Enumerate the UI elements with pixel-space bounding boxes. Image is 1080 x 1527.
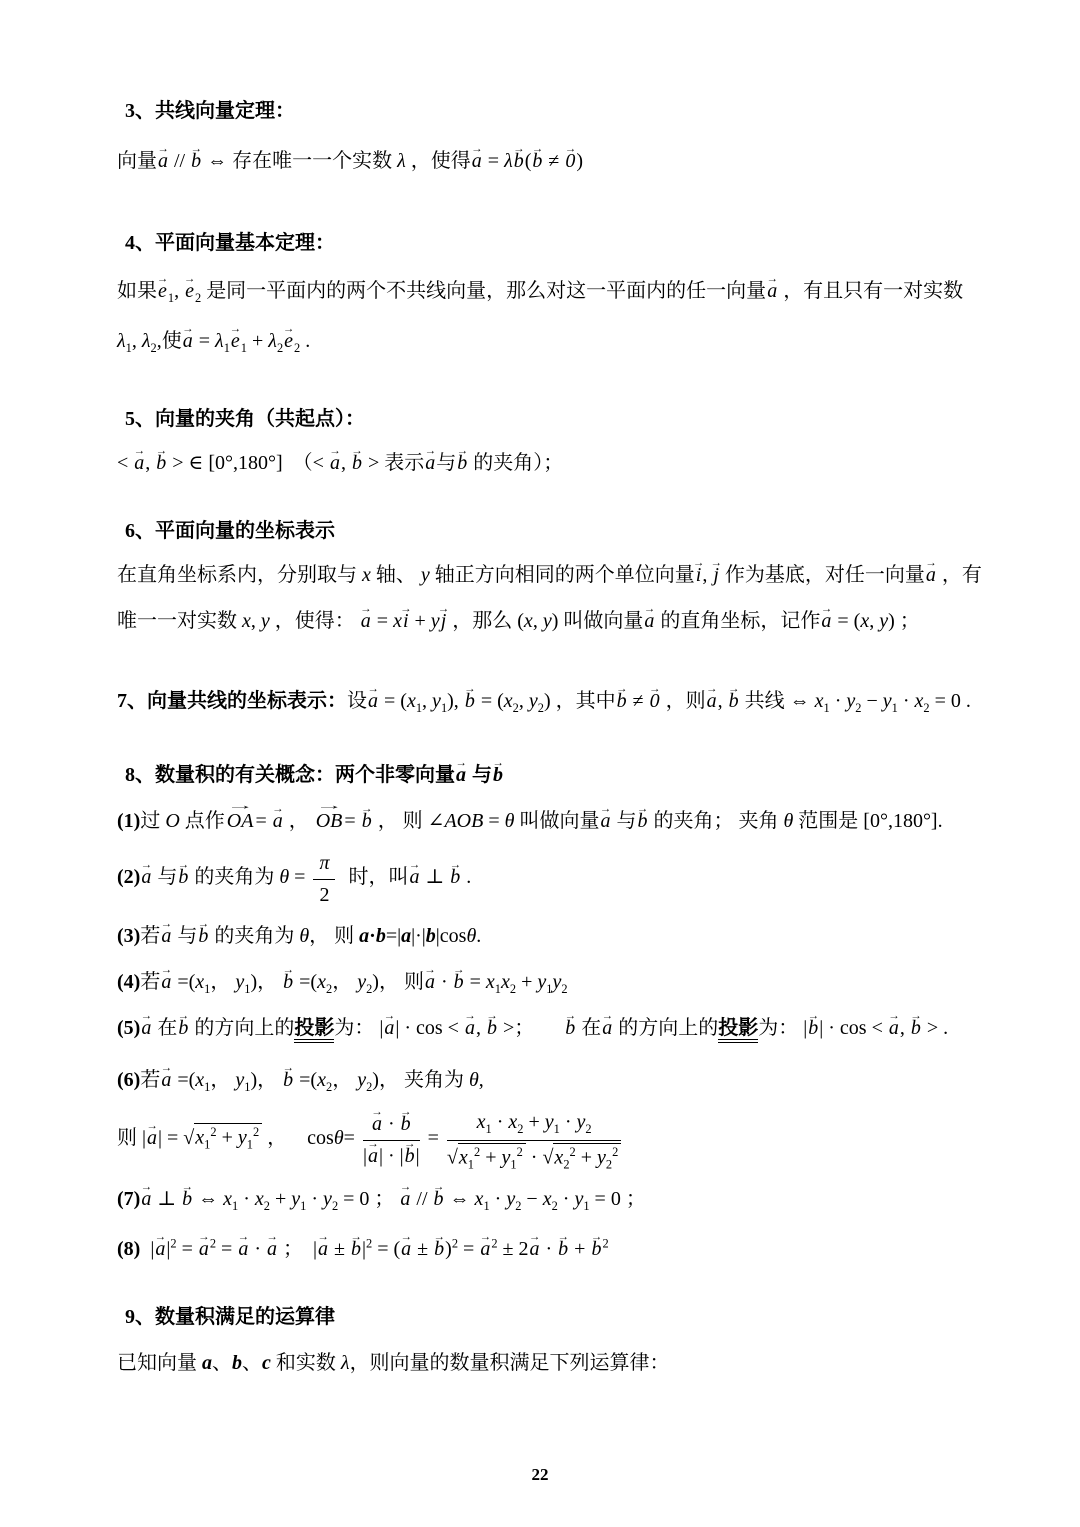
sub-fragment: 1 xyxy=(204,982,210,996)
b-fragment: b xyxy=(426,925,436,947)
sub-fragment: 2 xyxy=(294,341,300,355)
i-fragment: y xyxy=(879,610,888,632)
sub-fragment: 2 xyxy=(517,1122,523,1136)
sup-fragment: 2 xyxy=(452,1236,458,1250)
v-fragment: b xyxy=(191,151,201,171)
sup-fragment: 2 xyxy=(474,1145,480,1159)
b-fragment: (6) xyxy=(117,1069,140,1091)
i-fragment: x xyxy=(317,1069,326,1091)
paragraph: (8) |a|2 = a2 = a · a ； |a ± b|2 = (a ± … xyxy=(117,1226,985,1272)
sub-fragment: 1 xyxy=(244,982,250,996)
i-fragment: x xyxy=(815,690,824,712)
paragraph: (6)若a =(x1， y1)， b =(x2， y2)， 夹角为 θ, xyxy=(117,1057,985,1103)
v-fragment: b xyxy=(178,1018,188,1038)
i-fragment: y xyxy=(357,971,366,993)
v-fragment: a xyxy=(425,453,435,473)
i-fragment: y xyxy=(421,564,430,586)
paragraph: 向量a // b ⇔ 存在唯一一个实数 λ ，使得a = λb(b ≠ 0) xyxy=(117,138,985,184)
sub-fragment: 2 xyxy=(332,1199,338,1213)
sub-fragment: 1 xyxy=(483,1199,489,1213)
v-fragment: b xyxy=(283,972,293,992)
i-fragment: x xyxy=(501,971,510,993)
v-fragment: e xyxy=(185,281,194,301)
sub-fragment: 2 xyxy=(855,701,861,715)
paragraph: 7、向量共线的坐标表示：设a = (x1, y1), b = (x2, y2) … xyxy=(117,678,985,724)
v-fragment: a xyxy=(361,611,371,631)
v-fragment: a xyxy=(767,281,777,301)
document-body: 3、共线向量定理：向量a // b ⇔ 存在唯一一个实数 λ ，使得a = λb… xyxy=(0,0,1080,1386)
i-fragment: θ xyxy=(505,810,515,832)
paragraph: (7)a ⊥ b ⇔ x1 · x2 + y1 · y2 = 0 ； a // … xyxy=(117,1176,985,1222)
v-fragment: a xyxy=(644,611,654,631)
v-fragment: a xyxy=(238,1239,248,1259)
i-fragment: x xyxy=(242,610,251,632)
v-fragment: a xyxy=(600,811,610,831)
vw-fragment: OA xyxy=(227,811,254,831)
v-fragment: a xyxy=(267,1239,277,1259)
v-fragment: b xyxy=(405,1146,415,1166)
section-heading: 5、向量的夹角（共起点）： xyxy=(117,404,985,434)
v-fragment: a xyxy=(273,811,283,831)
ov-fragment: x22 + y22 xyxy=(553,1143,621,1172)
i-fragment: θ xyxy=(466,925,476,947)
fd-fragment: √x12 + y12 · √x22 + y22 xyxy=(447,1141,621,1172)
v-fragment: b xyxy=(454,972,464,992)
i-fragment: y xyxy=(846,690,855,712)
i-fragment: a xyxy=(401,925,411,947)
sub-fragment: 2 xyxy=(606,1157,612,1171)
v-fragment: b xyxy=(911,1018,921,1038)
v-fragment: b xyxy=(729,691,739,711)
v-fragment: a xyxy=(141,867,151,887)
v-fragment: a xyxy=(472,151,482,171)
sub-fragment: 2 xyxy=(513,701,519,715)
i-fragment: λ xyxy=(504,150,513,172)
v-fragment: a xyxy=(368,1146,378,1166)
i-fragment: x xyxy=(407,690,416,712)
i-fragment: x xyxy=(317,971,326,993)
v-fragment: b xyxy=(283,1070,293,1090)
i-fragment: θ xyxy=(469,1069,479,1091)
i-fragment: y xyxy=(529,690,538,712)
i-fragment: O xyxy=(165,810,179,832)
sub-fragment: 1 xyxy=(441,701,447,715)
sub-fragment: 1 xyxy=(468,1157,474,1171)
sub-fragment: 2 xyxy=(264,1199,270,1213)
i-fragment: θ xyxy=(334,1127,344,1149)
i-fragment: x xyxy=(195,971,204,993)
i-fragment: x xyxy=(195,1127,204,1149)
sub-fragment: 2 xyxy=(563,1157,569,1171)
v-fragment: b xyxy=(434,1239,444,1259)
b-fragment: b xyxy=(232,1352,242,1374)
b-fragment: 7、向量共线的坐标表示： xyxy=(117,690,347,712)
v-fragment: a xyxy=(161,972,171,992)
i-fragment: AOB xyxy=(444,810,483,832)
fr-fragment: x1 · x2 + y1 · y2√x12 + y12 · √x22 + y22 xyxy=(447,1107,621,1172)
sub-fragment: 2 xyxy=(923,701,929,715)
paragraph: < a, b > ∈ [0°,180°] （< a, b > 表示a与b 的夹角… xyxy=(117,440,985,486)
i-fragment: θ xyxy=(783,810,793,832)
v-fragment: b xyxy=(465,691,475,711)
v-fragment: e xyxy=(284,331,293,351)
sup-fragment: 2 xyxy=(366,1236,372,1250)
i-fragment: λ xyxy=(397,150,406,172)
v-fragment: b xyxy=(450,867,460,887)
b-fragment: (8) xyxy=(117,1238,140,1260)
v-fragment: b xyxy=(198,926,208,946)
v-fragment: a xyxy=(889,1018,899,1038)
sub-fragment: 2 xyxy=(326,982,332,996)
sub-fragment: 2 xyxy=(552,1199,558,1213)
uu-fragment: 投影 xyxy=(718,1017,758,1043)
v-fragment: e xyxy=(158,281,167,301)
i-fragment: λ xyxy=(268,330,277,352)
i-fragment: y xyxy=(291,1188,300,1210)
b-fragment: (1) xyxy=(117,810,140,832)
fr-fragment: π2 xyxy=(313,848,335,909)
b-fragment: a·b xyxy=(359,925,386,947)
v-fragment: j xyxy=(713,565,719,585)
v-fragment: a xyxy=(183,331,193,351)
section-heading: 6、平面向量的坐标表示 xyxy=(117,516,985,546)
i-fragment: y xyxy=(545,1111,554,1133)
sub-fragment: 1 xyxy=(510,1157,516,1171)
v-fragment: a xyxy=(480,1239,490,1259)
sup-fragment: 2 xyxy=(210,1125,216,1139)
v-fragment: a xyxy=(199,1239,209,1259)
sub-fragment: 2 xyxy=(195,291,201,305)
sub-fragment: 1 xyxy=(486,1122,492,1136)
i-fragment: y xyxy=(883,690,892,712)
v-fragment: a xyxy=(707,691,717,711)
v-fragment: a xyxy=(456,765,466,785)
paragraph: 则 |a| = √x12 + y12 ， cosθ= a · b|a| · |b… xyxy=(117,1107,985,1172)
v-fragment: a xyxy=(465,1018,475,1038)
sub-fragment: 1 xyxy=(416,701,422,715)
i-fragment: θ xyxy=(299,925,309,947)
v-fragment: b xyxy=(362,811,372,831)
i-fragment: c xyxy=(262,1352,271,1374)
i-fragment: x xyxy=(860,610,869,632)
v-fragment: b xyxy=(352,453,362,473)
sub-fragment: 1 xyxy=(554,1122,560,1136)
i-fragment: b xyxy=(232,1352,242,1374)
sub-fragment: 1 xyxy=(126,341,132,355)
v-fragment: 0 xyxy=(565,151,575,171)
section-heading: 9、数量积满足的运算律 xyxy=(117,1302,985,1332)
v-fragment: a xyxy=(926,565,936,585)
sub-fragment: 2 xyxy=(366,982,372,996)
b-fragment: (3) xyxy=(117,925,140,947)
ov-fragment: x12 + y12 xyxy=(458,1143,526,1172)
fr-fragment: a · b|a| · |b| xyxy=(363,1109,420,1170)
v-fragment: b xyxy=(178,867,188,887)
sub-fragment: 2 xyxy=(538,701,544,715)
b-fragment: a xyxy=(401,925,411,947)
sub-fragment: 1 xyxy=(300,1199,306,1213)
sup-fragment: 2 xyxy=(570,1145,576,1159)
v-fragment: b xyxy=(401,1114,411,1134)
i-fragment: b xyxy=(376,925,386,947)
i-fragment: x xyxy=(223,1188,232,1210)
i-fragment: x xyxy=(195,1069,204,1091)
document-page: 3、共线向量定理：向量a // b ⇔ 存在唯一一个实数 λ ，使得a = λb… xyxy=(0,0,1080,1527)
v-fragment: a xyxy=(141,1189,151,1209)
i-fragment: x xyxy=(486,971,495,993)
v-fragment: j xyxy=(441,611,447,631)
v-fragment: b xyxy=(351,1239,361,1259)
paragraph: (2)a 与b 的夹角为 θ = π2 时，叫a ⊥ b . xyxy=(117,848,985,909)
sub-fragment: 2 xyxy=(277,341,283,355)
fn-fragment: x1 · x2 + y1 · y2 xyxy=(447,1107,621,1141)
paragraph: 唯一一对实数 x, y ，使得： a = xi + yj ，那么 (x, y) … xyxy=(117,598,985,644)
i-fragment: y xyxy=(432,690,441,712)
v-fragment: b xyxy=(558,1239,568,1259)
paragraph: λ1, λ2,使a = λ1e1 + λ2e2 . xyxy=(117,318,985,364)
sub-fragment: 1 xyxy=(247,1138,253,1152)
i-fragment: x xyxy=(255,1188,264,1210)
paragraph: (5)a 在b 的方向上的投影为： |a| · cos < a, b >； b … xyxy=(117,1005,985,1051)
v-fragment: a xyxy=(530,1239,540,1259)
sub-fragment: 1 xyxy=(583,1199,589,1213)
section-heading: 4、平面向量基本定理： xyxy=(117,228,985,258)
v-fragment: a xyxy=(161,1070,171,1090)
v-fragment: i xyxy=(403,611,409,631)
section-heading: 3、共线向量定理： xyxy=(117,96,985,126)
v-fragment: e xyxy=(231,331,240,351)
sub-fragment: 1 xyxy=(892,701,898,715)
i-fragment: y xyxy=(537,971,546,993)
sub-fragment: 2 xyxy=(326,1080,332,1094)
uu-fragment: 投影 xyxy=(294,1017,334,1043)
sub-fragment: 2 xyxy=(561,982,567,996)
v-fragment: a xyxy=(372,1114,382,1134)
b-fragment: (2) xyxy=(117,866,140,888)
i-fragment: a xyxy=(202,1352,212,1374)
i-fragment: y xyxy=(235,1069,244,1091)
sup-fragment: 2 xyxy=(602,1236,608,1250)
paragraph: (1)过 O 点作OA= a ， OB= b ， 则 ∠AOB = θ 叫做向量… xyxy=(117,798,985,844)
v-fragment: b xyxy=(591,1239,601,1259)
fn-fragment: π xyxy=(313,848,335,880)
vw-fragment: OB xyxy=(316,811,343,831)
v-fragment: a xyxy=(161,926,171,946)
v-fragment: a xyxy=(821,611,831,631)
v-fragment: a xyxy=(425,972,435,992)
v-fragment: a xyxy=(134,453,144,473)
v-fragment: b xyxy=(457,453,467,473)
b-fragment: a xyxy=(202,1352,212,1374)
v-fragment: b xyxy=(493,765,503,785)
paragraph: (3)若a 与b 的夹角为 θ， 则 a·b=|a|·|b|cosθ. xyxy=(117,913,985,959)
v-fragment: a xyxy=(158,151,168,171)
i-fragment: x xyxy=(543,1188,552,1210)
sub-fragment: 2 xyxy=(510,982,516,996)
sup-fragment: 2 xyxy=(491,1236,497,1250)
i-fragment: y xyxy=(597,1146,606,1168)
i-fragment: y xyxy=(323,1188,332,1210)
v-fragment: b xyxy=(637,811,647,831)
v-fragment: b xyxy=(565,1018,575,1038)
i-fragment: λ xyxy=(142,330,151,352)
paragraph: 已知向量 a、b、c 和实数 λ，则向量的数量积满足下列运算律： xyxy=(117,1340,985,1386)
page-footer: 22 xyxy=(0,1465,1080,1485)
v-fragment: b xyxy=(808,1018,818,1038)
v-fragment: b xyxy=(434,1189,444,1209)
v-fragment: a xyxy=(155,1239,165,1259)
i-fragment: x xyxy=(508,1111,517,1133)
i-fragment: θ xyxy=(279,866,289,888)
page-number: 22 xyxy=(532,1465,549,1484)
i-fragment: y xyxy=(543,610,552,632)
i-fragment: y xyxy=(357,1069,366,1091)
i-fragment: y xyxy=(574,1188,583,1210)
i-fragment: π xyxy=(319,852,329,874)
sub-fragment: 1 xyxy=(204,1138,210,1152)
sup-fragment: 2 xyxy=(253,1125,259,1139)
v-fragment: a xyxy=(384,1018,394,1038)
fd-fragment: |a| · |b| xyxy=(363,1141,420,1170)
i-fragment: x xyxy=(477,1111,486,1133)
i-fragment: b xyxy=(426,925,436,947)
sub-fragment: 2 xyxy=(366,1080,372,1094)
b-fragment: (7) xyxy=(117,1188,140,1210)
v-fragment: b xyxy=(532,151,542,171)
v-fragment: a xyxy=(602,1018,612,1038)
v-fragment: b xyxy=(156,453,166,473)
i-fragment: x xyxy=(524,610,533,632)
section-heading: 8、数量积的有关概念：两个非零向量a 与b xyxy=(117,760,985,790)
v-fragment: a xyxy=(368,691,378,711)
v-fragment: a xyxy=(147,1128,157,1148)
v-fragment: a xyxy=(409,867,419,887)
ov-fragment: x12 + y12 xyxy=(194,1123,262,1152)
v-fragment: a xyxy=(400,1189,410,1209)
paragraph: 如果e1, e2 是同一平面内的两个不共线向量，那么对这一平面内的任一向量a ，… xyxy=(117,268,985,314)
sup-fragment: 2 xyxy=(170,1236,176,1250)
i-fragment: a xyxy=(359,925,369,947)
i-fragment: y xyxy=(238,1127,247,1149)
v-fragment: b xyxy=(182,1189,192,1209)
sub-fragment: 1 xyxy=(168,291,174,305)
i-fragment: λ xyxy=(117,330,126,352)
sub-fragment: 2 xyxy=(515,1199,521,1213)
sup-fragment: 2 xyxy=(612,1145,618,1159)
v-fragment: b xyxy=(514,151,524,171)
sub-fragment: 1 xyxy=(824,701,830,715)
sub-fragment: 1 xyxy=(244,1080,250,1094)
sub-fragment: 1 xyxy=(224,341,230,355)
i-fragment: λ xyxy=(341,1352,350,1374)
fd-fragment: 2 xyxy=(313,880,335,909)
v-fragment: 0 xyxy=(650,691,660,711)
sub-fragment: 1 xyxy=(241,341,247,355)
v-fragment: a xyxy=(330,453,340,473)
sub-fragment: 2 xyxy=(151,341,157,355)
v-fragment: a xyxy=(401,1239,411,1259)
i-fragment: λ xyxy=(215,330,224,352)
v-fragment: b xyxy=(617,691,627,711)
v-fragment: a xyxy=(141,1018,151,1038)
i-fragment: y xyxy=(506,1188,515,1210)
sub-fragment: 1 xyxy=(204,1080,210,1094)
i-fragment: x xyxy=(504,690,513,712)
i-fragment: y xyxy=(261,610,270,632)
b-fragment: (5) xyxy=(117,1017,140,1039)
i-fragment: x xyxy=(459,1146,468,1168)
i-fragment: x xyxy=(554,1146,563,1168)
sup-fragment: 2 xyxy=(517,1145,523,1159)
sub-fragment: 2 xyxy=(585,1122,591,1136)
sup-fragment: 2 xyxy=(210,1236,216,1250)
b-fragment: c xyxy=(262,1352,271,1374)
i-fragment: x xyxy=(362,564,371,586)
v-fragment: b xyxy=(487,1018,497,1038)
i-fragment: y xyxy=(235,971,244,993)
b-fragment: (4) xyxy=(117,971,140,993)
paragraph: (4)若a =(x1， y1)， b =(x2， y2)， 则a · b = x… xyxy=(117,959,985,1005)
v-fragment: i xyxy=(696,565,702,585)
sub-fragment: 1 xyxy=(232,1199,238,1213)
paragraph: 在直角坐标系内，分别取与 x 轴、 y 轴正方向相同的两个单位向量i, j 作为… xyxy=(117,552,985,598)
v-fragment: a xyxy=(318,1239,328,1259)
